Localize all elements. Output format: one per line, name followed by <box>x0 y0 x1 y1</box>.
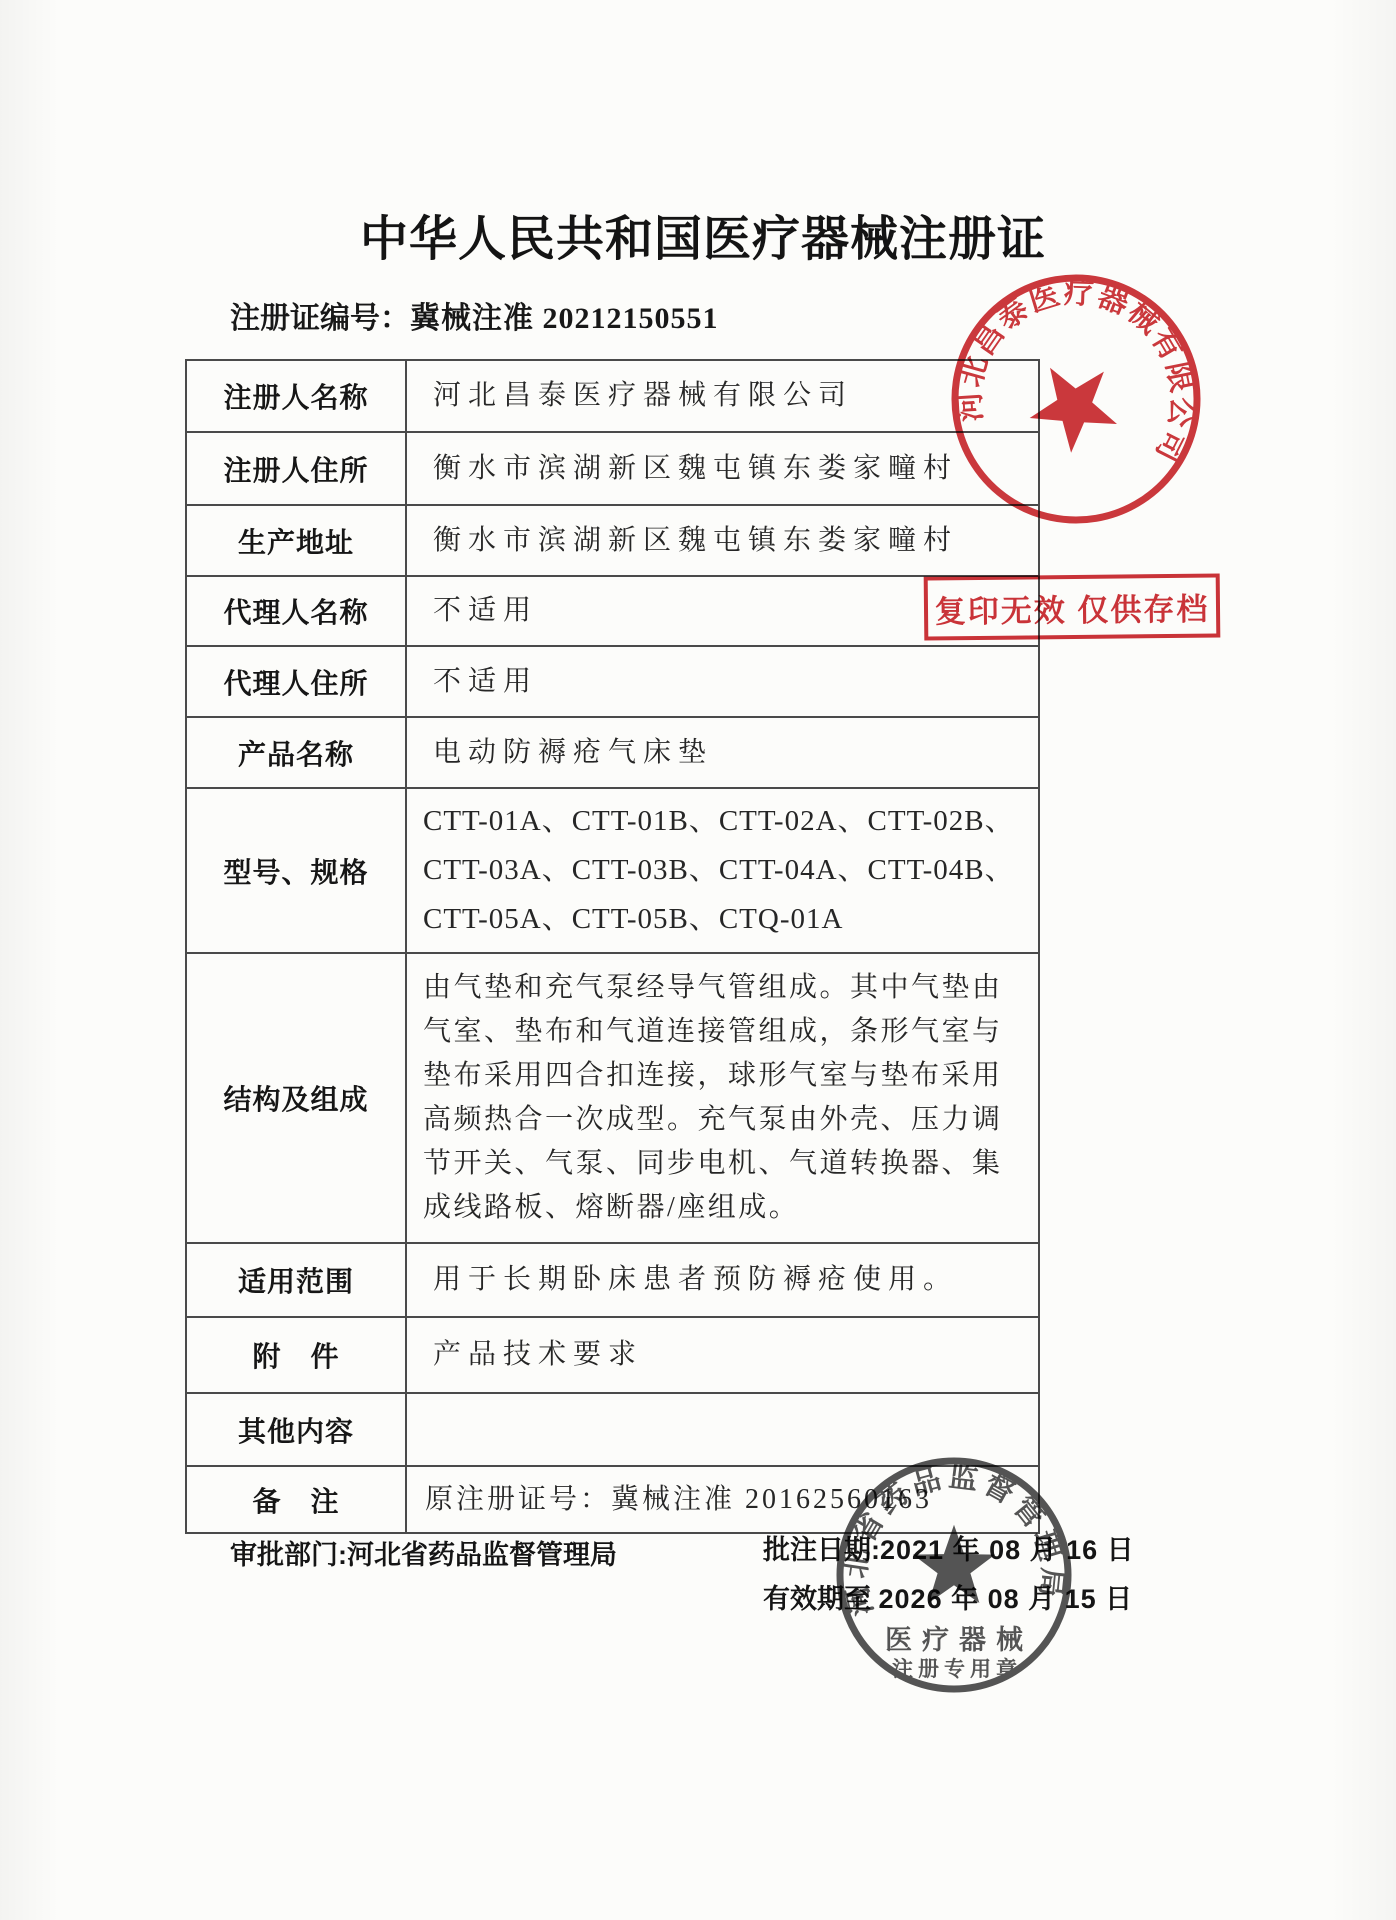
field-label: 备 注 <box>186 1466 406 1533</box>
svg-text:河北昌泰医疗器械有限公司: 河北昌泰医疗器械有限公司 <box>946 253 1222 471</box>
table-row: 注册人住所 衡水市滨湖新区魏屯镇东娄家疃村 <box>186 432 1039 505</box>
field-label: 代理人住所 <box>186 646 406 717</box>
table-row: 附 件 产品技术要求 <box>186 1317 1039 1393</box>
field-label: 适用范围 <box>186 1243 406 1317</box>
table-row: 结构及组成 由气垫和充气泵经导气管组成。其中气垫由气室、垫布和气道连接管组成，条… <box>186 953 1039 1243</box>
star-icon <box>1017 343 1137 463</box>
field-value: CTT-01A、CTT-01B、CTT-02A、CTT-02B、CTT-03A、… <box>406 788 1039 953</box>
company-seal-stamp: 河北昌泰医疗器械有限公司 <box>921 244 1232 555</box>
field-value: 由气垫和充气泵经导气管组成。其中气垫由气室、垫布和气道连接管组成，条形气室与垫布… <box>406 953 1039 1243</box>
approval-department: 审批部门:河北省药品监督管理局 <box>230 1533 617 1572</box>
copy-invalid-stamp: 复印无效 仅供存档 <box>924 573 1221 640</box>
table-row: 代理人名称 不适用 <box>186 576 1039 646</box>
field-value: 衡水市滨湖新区魏屯镇东娄家疃村 <box>406 505 1039 576</box>
table-row: 产品名称 电动防褥疮气床垫 <box>186 717 1039 788</box>
field-label: 其他内容 <box>186 1393 406 1466</box>
company-seal-text: 河北昌泰医疗器械有限公司 <box>946 253 1222 471</box>
registration-number: 注册证编号：冀械注准 20212150551 <box>230 293 719 337</box>
field-label: 产品名称 <box>186 717 406 788</box>
field-value: 电动防褥疮气床垫 <box>406 717 1039 788</box>
table-row: 注册人名称 河北昌泰医疗器械有限公司 <box>186 360 1039 432</box>
table-row: 代理人住所 不适用 <box>186 646 1039 717</box>
registration-number-value: 冀械注准 20212150551 <box>410 302 719 335</box>
field-label: 注册人名称 <box>186 360 406 432</box>
table-row: 型号、规格 CTT-01A、CTT-01B、CTT-02A、CTT-02B、CT… <box>186 788 1039 953</box>
star-icon <box>913 1525 995 1603</box>
certificate-page: 中华人民共和国医疗器械注册证 注册证编号：冀械注准 20212150551 注册… <box>0 0 1396 1920</box>
table-row: 适用范围 用于长期卧床患者预防褥疮使用。 <box>186 1243 1039 1317</box>
registration-number-label: 注册证编号： <box>230 302 410 335</box>
field-value: 产品技术要求 <box>406 1317 1039 1393</box>
company-seal-graphic: 河北昌泰医疗器械有限公司 <box>921 244 1232 555</box>
field-label: 代理人名称 <box>186 576 406 646</box>
authority-seal-line1: 医疗器械 <box>885 1625 1033 1655</box>
authority-seal-line2: 注册专用章 <box>892 1657 1022 1681</box>
field-label: 生产地址 <box>186 505 406 576</box>
field-value: 不适用 <box>406 646 1039 717</box>
field-label: 附 件 <box>186 1317 406 1393</box>
certificate-table: 注册人名称 河北昌泰医疗器械有限公司 注册人住所 衡水市滨湖新区魏屯镇东娄家疃村… <box>185 359 1040 1534</box>
field-label: 结构及组成 <box>186 953 406 1243</box>
field-label: 型号、规格 <box>186 788 406 953</box>
field-value: 用于长期卧床患者预防褥疮使用。 <box>406 1243 1039 1317</box>
authority-seal-stamp: 河北省药品监督管理局 医疗器械 注册专用章 <box>831 1452 1077 1698</box>
field-label: 注册人住所 <box>186 432 406 505</box>
page-title: 中华人民共和国医疗器械注册证 <box>360 200 1046 269</box>
table-row: 生产地址 衡水市滨湖新区魏屯镇东娄家疃村 <box>186 505 1039 576</box>
authority-seal-graphic: 河北省药品监督管理局 医疗器械 注册专用章 <box>831 1452 1077 1698</box>
